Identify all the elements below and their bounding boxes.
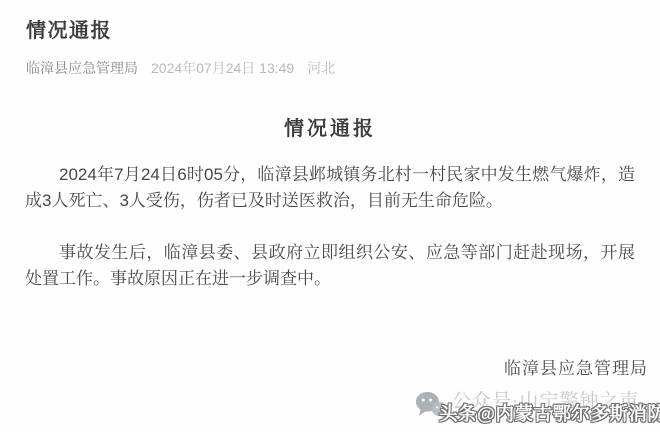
publish-region: 河北 [307,58,335,78]
page-title: 情况通报 [26,14,112,43]
toutiao-watermark-text: 头条@内蒙古鄂尔多斯消防 [439,400,660,426]
notice-paragraph-1: 2024年7月24日6时05分，临漳县邺城镇务北村一村民家中发生燃气爆炸，造成3… [25,162,635,213]
publish-time: 2024年07月24日 13:49 [151,58,294,78]
notice-body: 2024年7月24日6时05分，临漳县邺城镇务北村一村民家中发生燃气爆炸，造成3… [25,162,635,318]
notice-signature: 临漳县应急管理局 [504,354,648,379]
article-meta: 临漳县应急管理局 2024年07月24日 13:49 河北 [26,58,335,78]
notice-heading: 情况通报 [0,112,660,141]
notice-paragraph-2: 事故发生后，临漳县委、县政府立即组织公安、应急等部门赶赴现场，开展处置工作。事故… [25,240,635,291]
article-page: 情况通报 临漳县应急管理局 2024年07月24日 13:49 河北 情况通报 … [0,0,660,432]
author-link[interactable]: 临漳县应急管理局 [26,58,138,78]
